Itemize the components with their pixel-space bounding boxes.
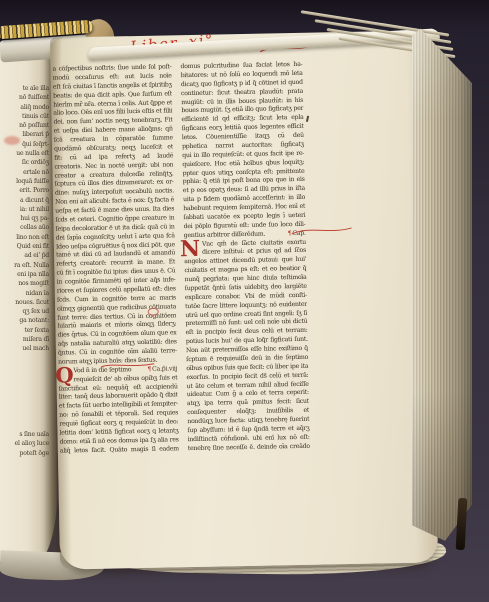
chapter-tag-flourish — [290, 222, 354, 237]
text-line: nidan īa — [2, 289, 49, 298]
text-line: erit. Porro — [2, 186, 49, 195]
text-line: ertale nō — [2, 168, 49, 177]
rubricated-initial-Q: Q — [55, 364, 74, 385]
text-line: poteſt ōge — [2, 449, 49, 458]
text-line: cellas aūo — [2, 223, 49, 232]
text-line: nō poſſunt — [2, 121, 49, 130]
text-line: noues. ſicut — [2, 298, 49, 307]
fore-edge-page-stack — [412, 26, 472, 546]
text-line: nos mogiſt — [2, 279, 49, 288]
text-line: q̄ui ſeq̄rt- — [2, 140, 49, 149]
text-line: aliq̄ modo — [2, 103, 49, 112]
text-line: ga notant: — [2, 316, 49, 325]
text-line: el alioʒ luce — [2, 439, 49, 448]
text-line: uel mach — [2, 344, 49, 353]
text-line: ue nulla eſt — [2, 149, 49, 158]
text-line: s ſine uaīa — [2, 430, 49, 439]
text-line: a dicunt q̄ — [2, 196, 49, 205]
text-line: tinuis cūt — [2, 112, 49, 121]
text-line: ter ſexta — [2, 326, 49, 335]
fore-edge-dark-notch — [456, 498, 468, 550]
facing-page-text-lower: s ſine uaīael alioʒ lucepoteſt ōge — [2, 430, 49, 458]
book-photograph: { "header": { "title": "Liber. xi\u00b0"… — [0, 0, 489, 602]
text-line: ſic ordiōʒ — [2, 158, 49, 167]
facing-page-text-upper: te aīe illanō fuiſſentaliq̄ modotinuis c… — [2, 84, 49, 354]
rubricated-initial-N: N — [180, 238, 201, 260]
red-annotation-mark — [147, 307, 159, 317]
text-line: lino non eſt — [2, 233, 49, 242]
text-line: te aīe illa — [2, 84, 49, 93]
text-line: loquā fuiſſe — [2, 177, 49, 186]
text-line: aliq̄ letos facit. Quāto magis ſi eadem — [60, 445, 179, 456]
text-column-left: a cōſpectibus noſtris: ſiue unde ſol poſ… — [52, 63, 178, 456]
text-line: liberari p̄ — [2, 130, 49, 139]
text-line: ad ei' p̄d — [2, 251, 49, 260]
text-line: Quid eni fit — [2, 242, 49, 251]
stray-ink-mark — [306, 116, 309, 122]
manuscript-page: Liber. xi° 40 Q N a cōſpectibus noſtris:… — [50, 30, 438, 569]
text-line: nō fuiſſent — [2, 93, 49, 102]
text-line: qʒ ſex ud — [2, 307, 49, 316]
text-line: ra eſt. Nulla — [2, 261, 49, 270]
text-line: tenebrę ſine neceſſe ē. deinde oīa creād… — [188, 442, 310, 453]
text-line: hui qʒ pa- — [2, 214, 49, 223]
red-underline-flourish — [100, 361, 156, 370]
text-line: eni ipa nīla — [2, 270, 49, 279]
text-line: ia: ut nihil — [2, 205, 49, 214]
text-line: miſera dī — [2, 335, 49, 344]
